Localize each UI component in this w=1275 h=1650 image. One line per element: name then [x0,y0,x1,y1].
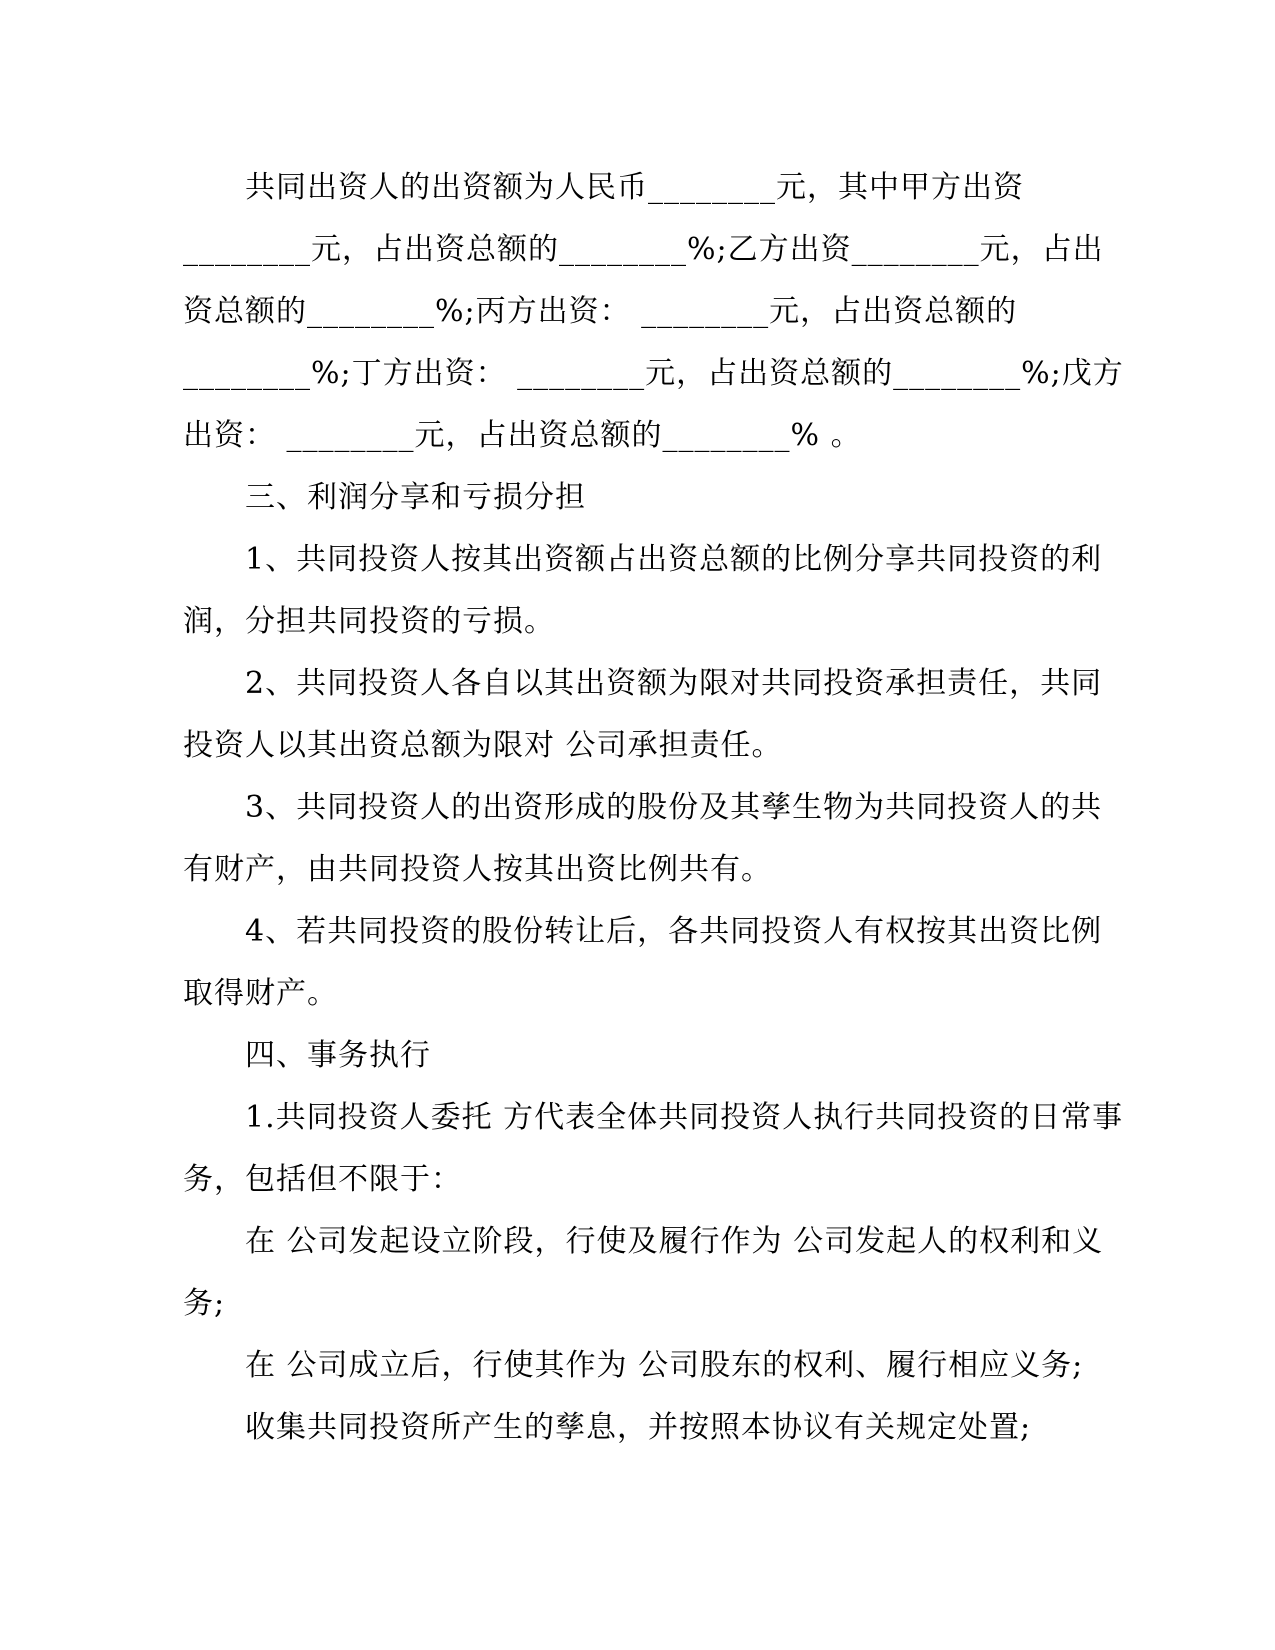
document-page: 共同出资人的出资额为人民币________元，其中甲方出资 ________元，… [0,0,1275,1650]
paragraph-line: 2、共同投资人各自以其出资额为限对共同投资承担责任，共同 [183,653,1103,715]
paragraph-line: 3、共同投资人的出资形成的股份及其孳生物为共同投资人的共 [183,777,1103,839]
document-text-block: 共同出资人的出资额为人民币________元，其中甲方出资 ________元，… [183,157,1103,1459]
paragraph-line: 务; [183,1273,1103,1335]
paragraph-line: 4、若共同投资的股份转让后，各共同投资人有权按其出资比例 [183,901,1103,963]
paragraph-line: 取得财产。 [183,963,1103,1025]
paragraph-line: 务，包括但不限于： [183,1149,1103,1211]
section-heading-affairs-execution: 四、事务执行 [183,1025,1103,1087]
paragraph-line: ________%;丁方出资： ________元，占出资总额的________… [183,343,1103,405]
paragraph-line: 资总额的________%;丙方出资： ________元，占出资总额的 [183,281,1103,343]
paragraph-line: 共同出资人的出资额为人民币________元，其中甲方出资 [183,157,1103,219]
section-heading-profit-loss: 三、利润分享和亏损分担 [183,467,1103,529]
paragraph-line: 有财产，由共同投资人按其出资比例共有。 [183,839,1103,901]
paragraph-line: 在 公司发起设立阶段，行使及履行作为 公司发起人的权利和义 [183,1211,1103,1273]
paragraph-line: 收集共同投资所产生的孳息，并按照本协议有关规定处置; [183,1397,1103,1459]
paragraph-line: 出资： ________元，占出资总额的________% 。 [183,405,1103,467]
paragraph-line: 1.共同投资人委托 方代表全体共同投资人执行共同投资的日常事 [183,1087,1103,1149]
paragraph-line: 润，分担共同投资的亏损。 [183,591,1103,653]
paragraph-line: 在 公司成立后，行使其作为 公司股东的权利、履行相应义务; [183,1335,1103,1397]
paragraph-line: 投资人以其出资总额为限对 公司承担责任。 [183,715,1103,777]
paragraph-line: ________元，占出资总额的________%;乙方出资________元，… [183,219,1103,281]
paragraph-line: 1、共同投资人按其出资额占出资总额的比例分享共同投资的利 [183,529,1103,591]
